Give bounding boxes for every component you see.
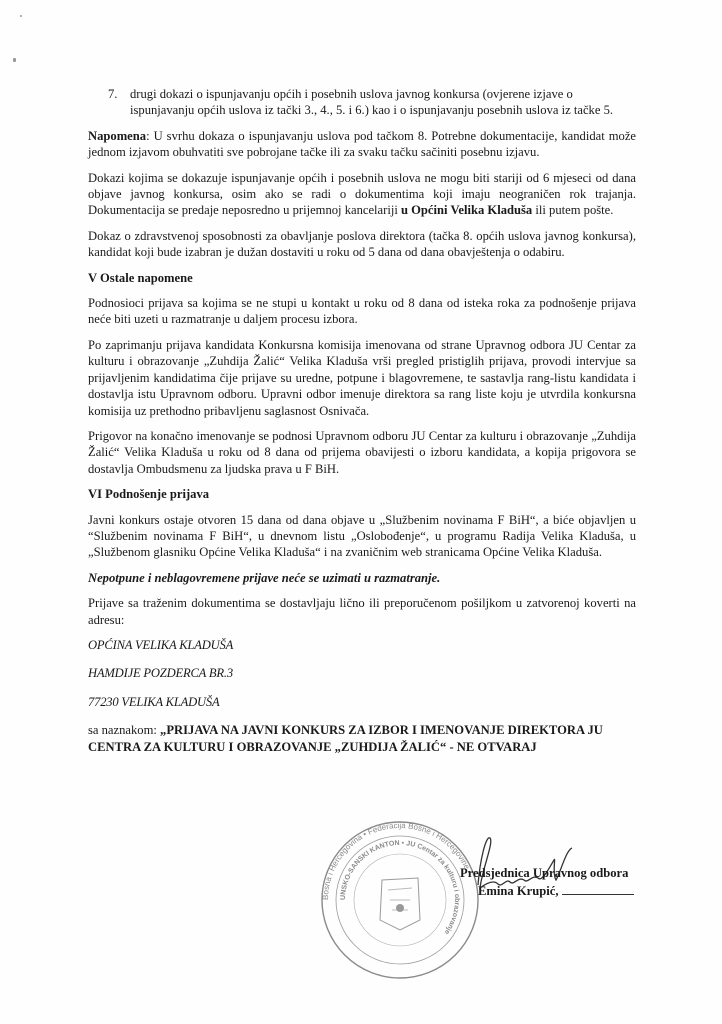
signature-line <box>562 882 634 895</box>
official-stamp-icon: Bosna i Hercegovina • Federacija Bosne i… <box>310 820 490 980</box>
napomena-text: : U svrhu dokaza o ispunjavanju uslova p… <box>88 129 636 159</box>
marking-label: sa naznakom: <box>88 723 160 737</box>
section-vi-paragraph-1: Javni konkurs ostaje otvoren 15 dana od … <box>88 512 636 561</box>
document-body: 7. drugi dokazi o ispunjavanju općih i p… <box>88 86 636 764</box>
section-v-paragraph-3: Prigovor na konačno imenovanje se podnos… <box>88 428 636 477</box>
address-line-2: HAMDIJE POZDERCA BR.3 <box>88 665 636 681</box>
dokazi-bold-location: u Općini Velika Kladuša <box>401 203 532 217</box>
signer-name: Emina Krupić, <box>478 884 558 898</box>
section-vi-heading: VI Podnošenje prijava <box>88 486 636 502</box>
dokazi-paragraph: Dokazi kojima se dokazuje ispunjavanje o… <box>88 170 636 219</box>
list-text: drugi dokazi o ispunjavanju općih i pose… <box>130 86 636 119</box>
section-v-heading: V Ostale napomene <box>88 270 636 286</box>
signature-block: Bosna i Hercegovina • Federacija Bosne i… <box>300 820 660 1010</box>
warning-text: Nepotpune i neblagovremene prijave neće … <box>88 570 636 586</box>
address-line-1: OPĆINA VELIKA KLADUŠA <box>88 637 636 653</box>
list-number: 7. <box>88 86 130 119</box>
section-vi-paragraph-2: Prijave sa traženim dokumentima se dosta… <box>88 595 636 628</box>
dokazi-text-after: ili putem pošte. <box>532 203 613 217</box>
signer-title: Predsjednica Upravnog odbora <box>460 865 634 882</box>
zdravstvena-paragraph: Dokaz o zdravstvenoj sposobnosti za obav… <box>88 228 636 261</box>
signer-name-line: Emina Krupić, <box>460 882 634 900</box>
scan-speck <box>20 15 22 17</box>
section-v-paragraph-1: Podnosioci prijava sa kojima se ne stupi… <box>88 295 636 328</box>
napomena-label: Napomena <box>88 129 146 143</box>
section-v-paragraph-2: Po zaprimanju prijava kandidata Konkursn… <box>88 337 636 419</box>
document-page: 7. drugi dokazi o ispunjavanju općih i p… <box>0 0 722 1024</box>
napomena-paragraph: Napomena: U svrhu dokaza o ispunjavanju … <box>88 128 636 161</box>
marking-text: „PRIJAVA NA JAVNI KONKURS ZA IZBOR I IME… <box>88 723 603 753</box>
address-line-3: 77230 VELIKA KLADUŠA <box>88 694 636 710</box>
scan-speck <box>13 58 16 62</box>
list-item-7: 7. drugi dokazi o ispunjavanju općih i p… <box>88 86 636 119</box>
signer-block: Predsjednica Upravnog odbora Emina Krupi… <box>460 865 634 900</box>
marking-paragraph: sa naznakom: „PRIJAVA NA JAVNI KONKURS Z… <box>88 722 636 755</box>
